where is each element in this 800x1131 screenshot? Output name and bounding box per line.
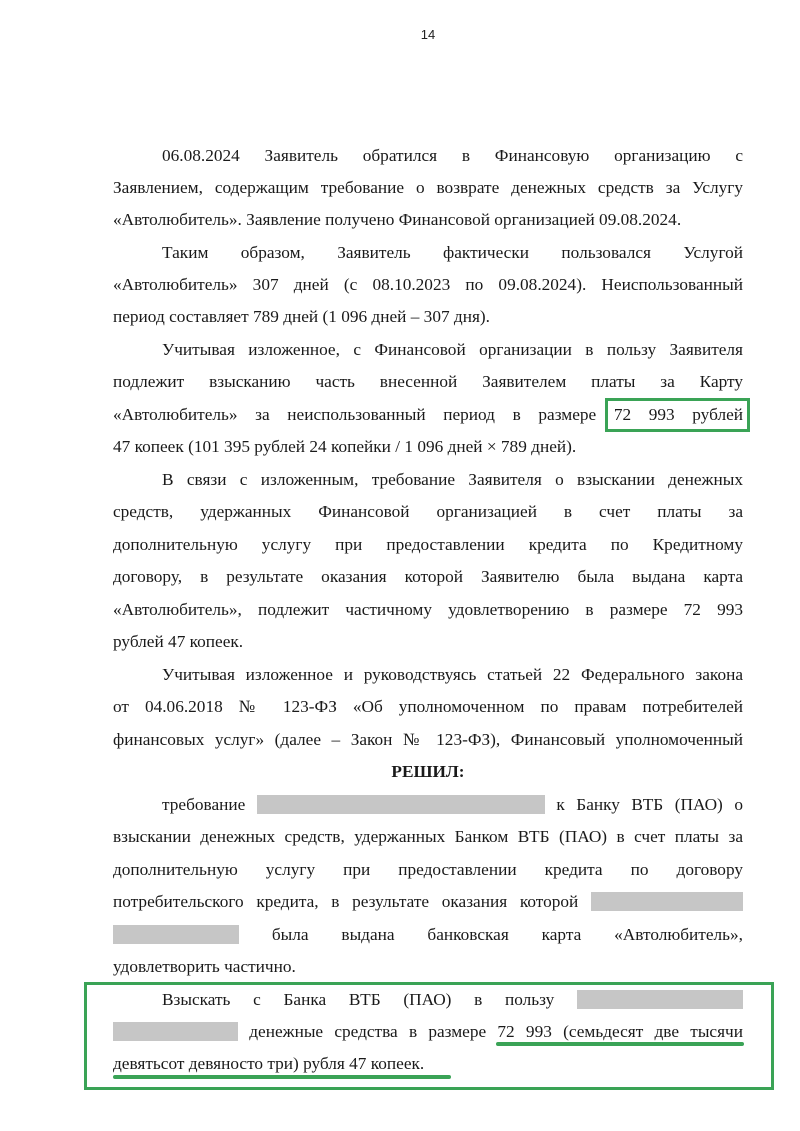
text-line: Взыскать с Банка ВТБ (ПАО) в пользу (162, 990, 743, 1010)
text-line: период составляет 789 дней (1 096 дней –… (113, 307, 743, 327)
text-line: была выдана банковская карта «Автолюбите… (113, 925, 743, 945)
text-line: Таким образом, Заявитель фактически поль… (162, 243, 743, 263)
text-line: потребительского кредита, в результате о… (113, 892, 743, 912)
text-segment: была выдана банковская карта «Автолюбите… (272, 925, 743, 944)
text-line: «Автолюбитель» 307 дней (с 08.10.2023 по… (113, 275, 743, 295)
text-line: рублей 47 копеек. (113, 632, 743, 652)
text-line: средств, удержанных Финансовой организац… (113, 502, 743, 522)
text-line: взыскании денежных средств, удержанных Б… (113, 827, 743, 847)
text-line: В связи с изложенным, требование Заявите… (162, 470, 743, 490)
redacted-name (577, 990, 743, 1009)
text-line: 47 копеек (101 395 рублей 24 копейки / 1… (113, 437, 743, 457)
redacted-name (113, 1022, 238, 1041)
amount-text: 72 993 (семьдесят две тысячи (497, 1022, 743, 1041)
text-line: Учитывая изложенное и руководствуясь ста… (162, 665, 743, 685)
text-segment: Взыскать с Банка ВТБ (ПАО) в пользу (162, 990, 554, 1009)
text-line: договору, в результате оказания которой … (113, 567, 743, 587)
redacted-name (113, 925, 239, 944)
text-line: Заявлением, содержащим требование о возв… (113, 178, 743, 198)
text-line: «Автолюбитель». Заявление получено Финан… (113, 210, 743, 230)
text-line: «Автолюбитель», подлежит частичному удов… (113, 600, 743, 620)
text-line: дополнительную услугу при предоставлении… (113, 860, 743, 880)
amount-text: девятьсот девяносто три) рубля 47 копеек (113, 1054, 420, 1073)
text-line: дополнительную услугу при предоставлении… (113, 535, 743, 555)
text-line: денежные средства в размере 72 993 (семь… (113, 1022, 743, 1042)
text-segment: требование (162, 795, 245, 814)
text-line: 06.08.2024 Заявитель обратился в Финансо… (162, 146, 743, 166)
text-segment: денежные средства в размере (249, 1022, 486, 1041)
text-segment: . (420, 1054, 424, 1073)
decision-heading: РЕШИЛ: (0, 762, 800, 782)
amount-underline (113, 1075, 451, 1079)
text-segment: к Банку ВТБ (ПАО) о (556, 795, 743, 814)
amount-underline (496, 1042, 744, 1046)
page-number: 14 (0, 27, 800, 42)
text-segment: потребительского кредита, в результате о… (113, 892, 578, 911)
text-line: удовлетворить частично. (113, 957, 743, 977)
text-line: подлежит взысканию часть внесенной Заяви… (113, 372, 743, 392)
amount-highlight-box (605, 398, 750, 432)
text-line: Учитывая изложенное, с Финансовой органи… (162, 340, 743, 360)
text-line: финансовых услуг» (далее – Закон № 123-Ф… (113, 730, 743, 750)
redacted-name (257, 795, 545, 814)
text-line: требование к Банку ВТБ (ПАО) о (162, 795, 743, 815)
redacted-name (591, 892, 743, 911)
text-line: девятьсот девяносто три) рубля 47 копеек… (113, 1054, 743, 1074)
text-line: от 04.06.2018 № 123-ФЗ «Об уполномоченно… (113, 697, 743, 717)
